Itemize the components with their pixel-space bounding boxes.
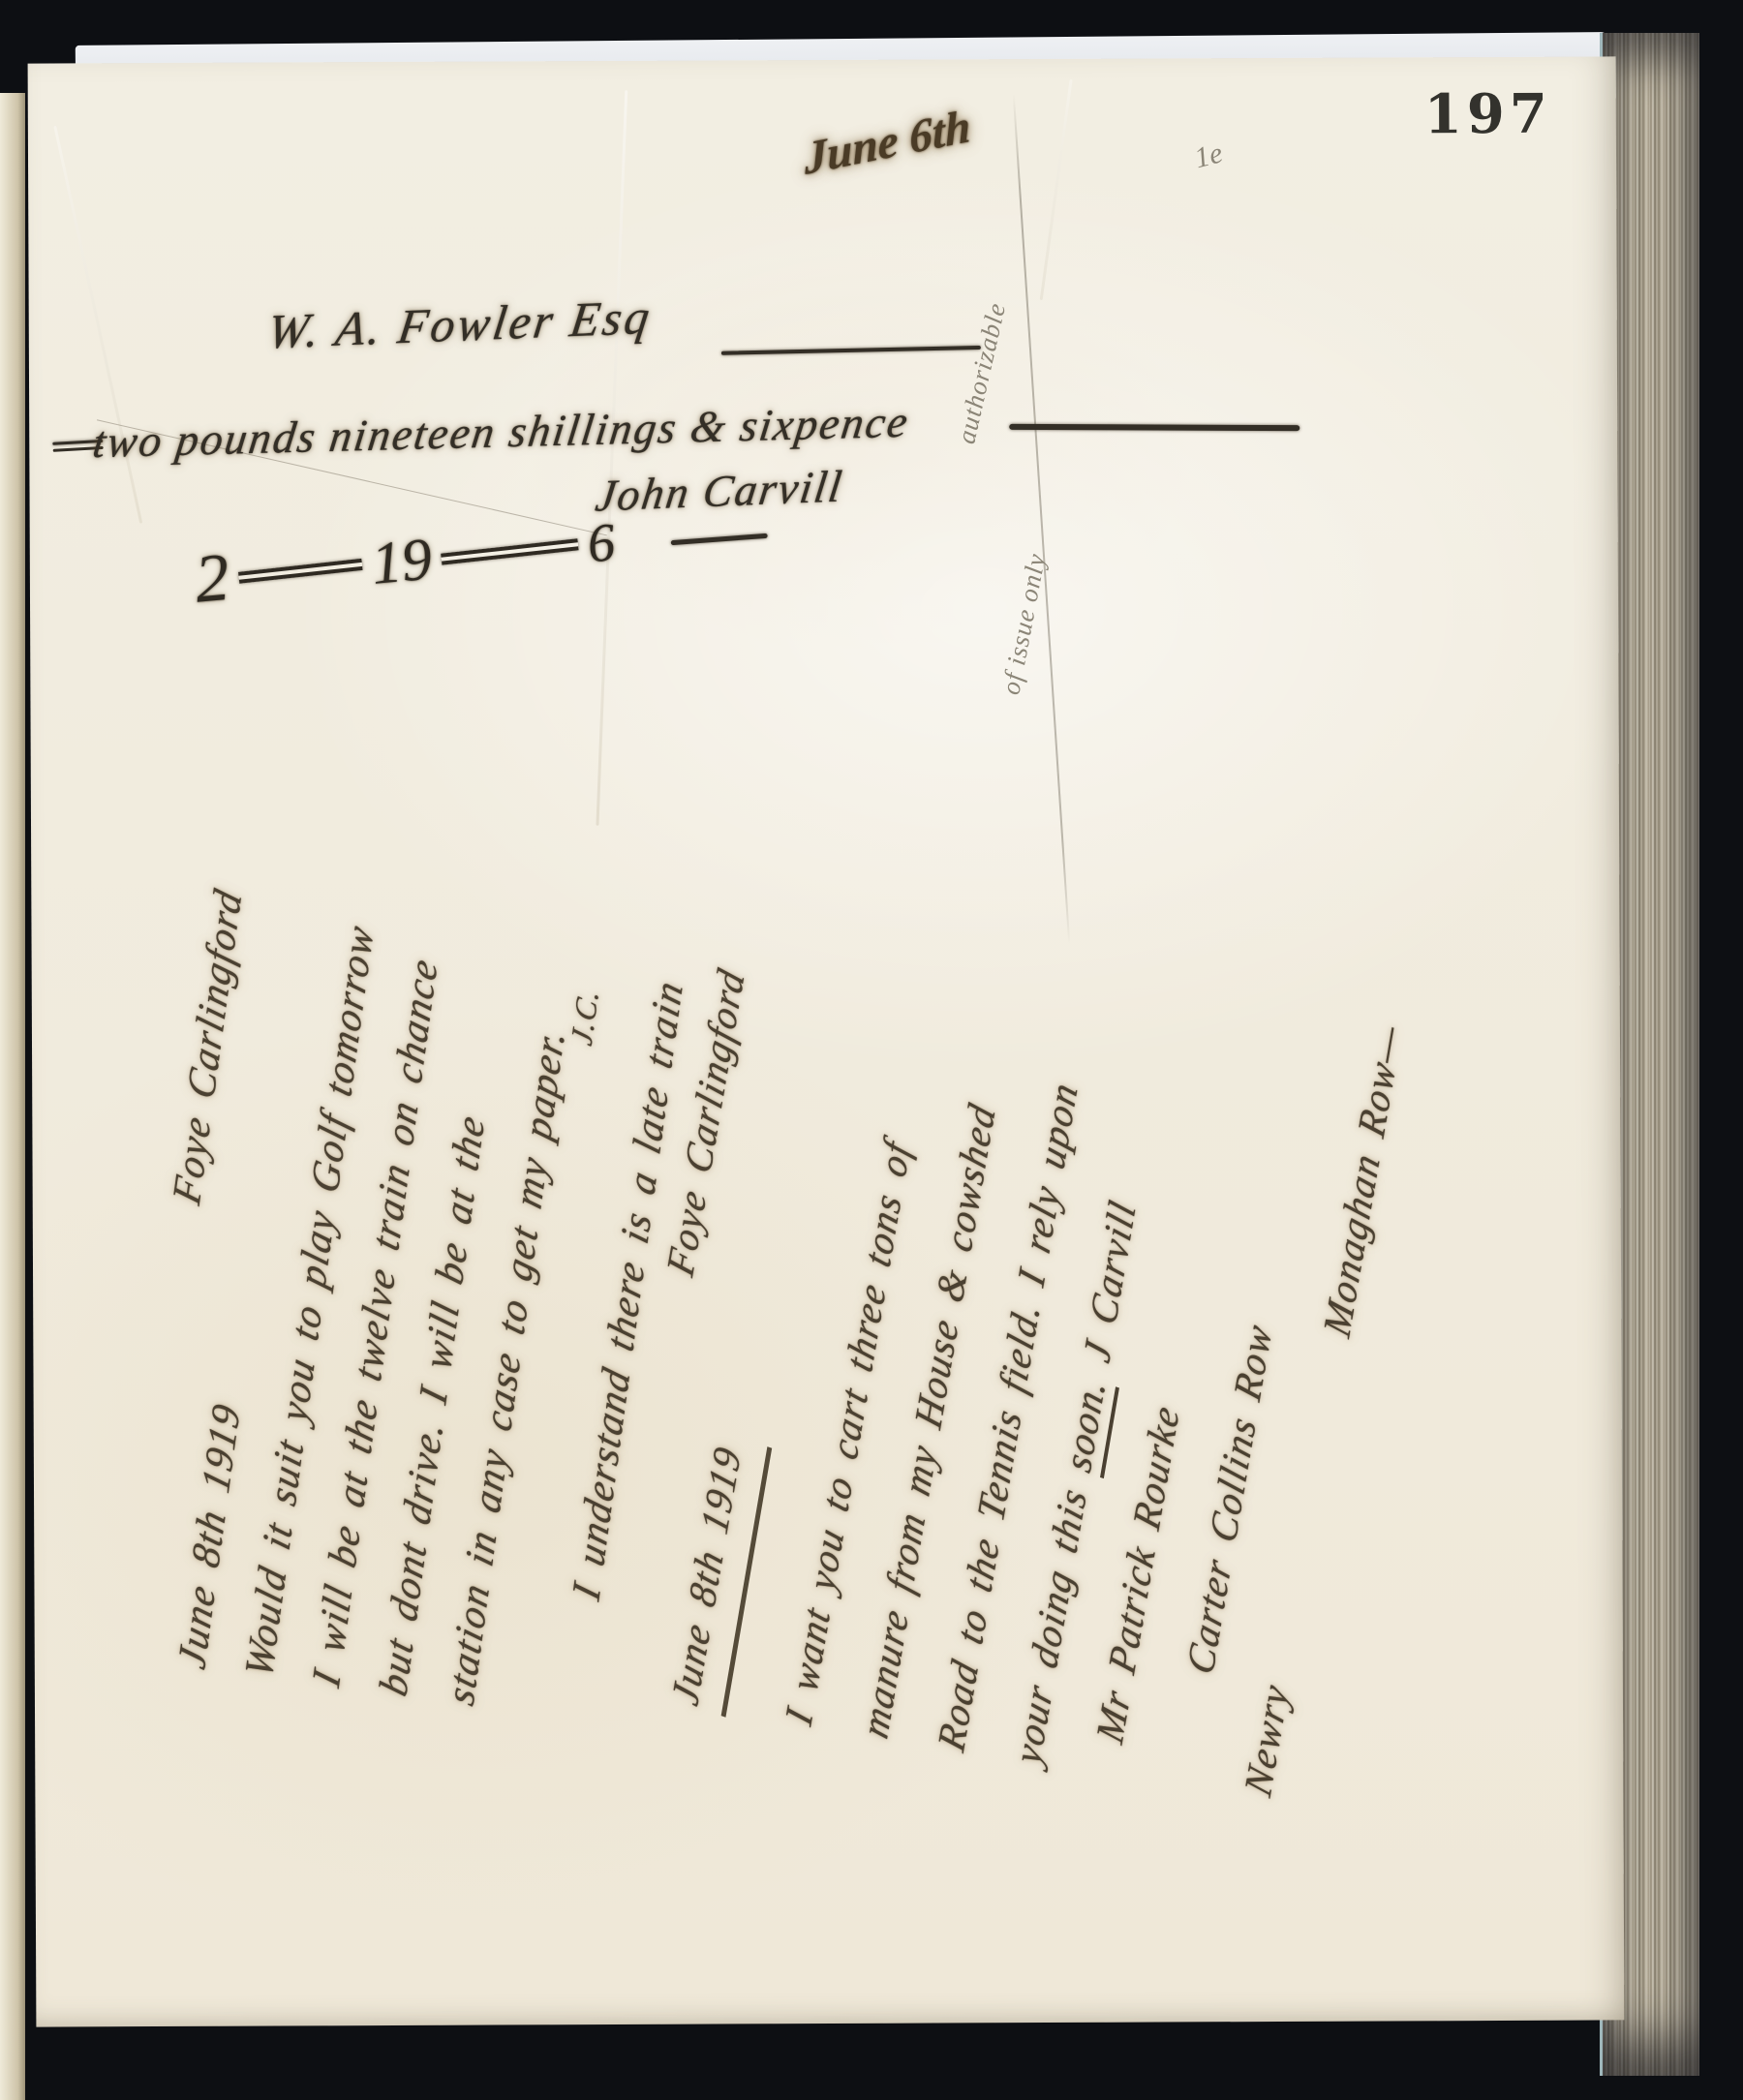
- ink-dash: [721, 346, 981, 355]
- pencil-stroke-line: [1013, 94, 1071, 944]
- ink-dash: [1009, 424, 1300, 431]
- ink-double-rule: [441, 538, 578, 564]
- closing-signature: J Carvill: [1071, 1195, 1145, 1386]
- receipt-signature: John Carvill: [593, 460, 846, 521]
- paper-crease: [596, 90, 627, 826]
- receipt-figures: 2 19 6: [192, 503, 618, 619]
- figure-pounds: 2: [192, 539, 232, 620]
- left-page-edge: [0, 93, 25, 2100]
- manuscript-page: 197 June 6th 1e authorizable of issue on…: [28, 56, 1625, 2026]
- figure-pence: 6: [585, 511, 618, 575]
- pencil-note-upper: authorizable: [951, 300, 1012, 447]
- letter-2-rotated: Foye Carlingford June 8th 1919 I want yo…: [569, 854, 1481, 1816]
- figure-shillings: 19: [369, 525, 435, 598]
- paper-crease: [1040, 79, 1073, 300]
- page-number: 197: [1424, 82, 1552, 147]
- ink-double-rule: [238, 559, 363, 584]
- receipt-payee: W. A. Fowler Esq: [264, 289, 656, 360]
- ink-underline: [671, 533, 768, 545]
- letter-initials: J.C.: [562, 983, 607, 1050]
- pencil-mark: 1e: [1191, 137, 1226, 175]
- receipt-amount-words: two pounds nineteen shillings & sixpence: [90, 396, 913, 469]
- date-annotation: June 6th: [803, 99, 972, 186]
- closing-underlined: soon.: [1055, 1372, 1119, 1479]
